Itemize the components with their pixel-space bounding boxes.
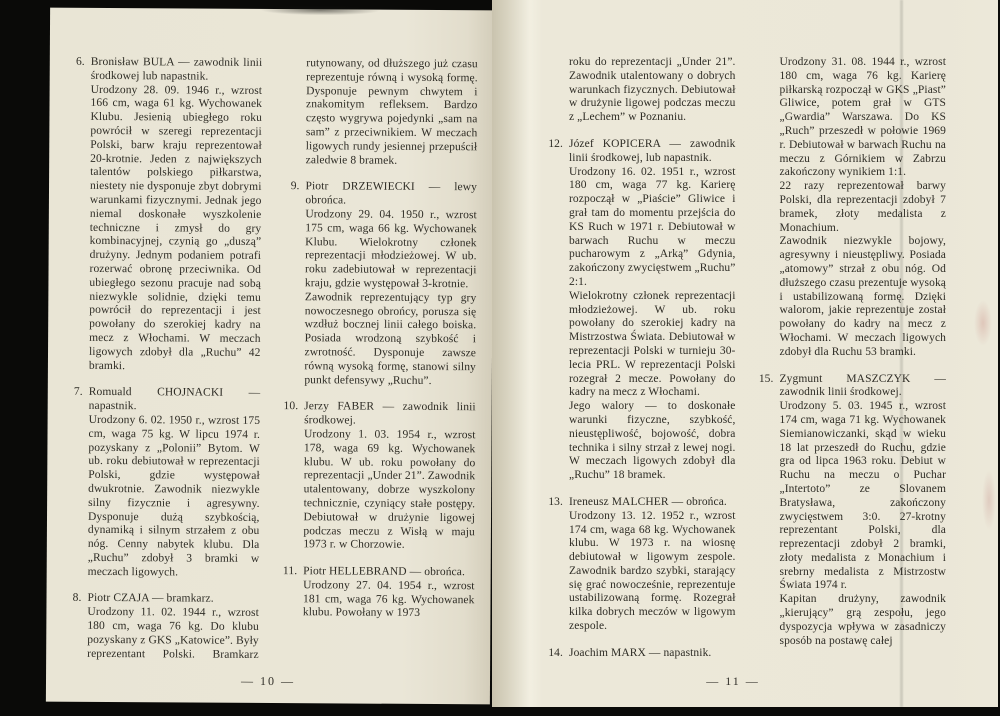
entry-paragraph: Piotr CZAJA — bramkarz.	[87, 592, 259, 607]
entry-paragraph: roku do reprezentacji „Under 21”. Zawodn…	[569, 56, 736, 125]
entry-text: Piotr HELLEBRAND — obrońca.Urodzony 27. …	[303, 565, 475, 621]
entry-continuation: roku do reprezentacji „Under 21”. Zawodn…	[542, 56, 736, 125]
entry-paragraph: Wielokrotny członek reprezentacji młodzi…	[569, 290, 736, 400]
entry-paragraph: Urodzony 29. 04. 1950 r., wzrost 175 cm,…	[305, 208, 477, 292]
entry-paragraph: Urodzony 13. 12. 1952 r., wzrost 174 cm,…	[569, 510, 736, 634]
entry-paragraph: Urodzony 6. 02. 1950 r., wzrost 175 cm, …	[88, 414, 261, 581]
entry-paragraph: Kapitan drużyny, zawodnik „kierujący” gr…	[780, 593, 947, 648]
left-page: 6.Bronisław BULA — zawodnik linii środko…	[46, 8, 494, 705]
entry-number: 11.	[276, 565, 303, 620]
entry-number: 13.	[542, 496, 569, 634]
entry-paragraph: Jego walory — to doskonałe warunki fizyc…	[569, 400, 736, 483]
entry-text: Jerzy FABER — zawodnik linii środkowej.U…	[303, 401, 475, 554]
entry-number	[542, 56, 569, 125]
entry-number: 9.	[277, 180, 305, 387]
entry-number: 6.	[62, 56, 91, 373]
entry-paragraph: Zawodnik niezwykle bojowy, agresywny i n…	[780, 235, 947, 359]
player-entry: 12.Józef KOPICERA — zawodnik linii środk…	[542, 138, 736, 483]
entry-paragraph: Bronisław BULA — zawodnik linii środkowe…	[91, 56, 263, 85]
entry-text: Zygmunt MASZCZYK — zawodnik linii środko…	[780, 373, 947, 649]
entry-paragraph: Urodzony 28. 09. 1946 r., wzrost 166 cm,…	[89, 83, 262, 374]
right-page-number: — 11 —	[480, 675, 986, 689]
entry-text: Piotr DRZEWIECKI — lewy obrońca.Urodzony…	[304, 181, 477, 389]
entry-text: Romuald CHOJNACKI — napastnik.Urodzony 6…	[88, 386, 261, 580]
entry-paragraph: Piotr DRZEWIECKI — lewy obrońca.	[305, 181, 477, 210]
player-entry: 7.Romuald CHOJNACKI — napastnik.Urodzony…	[61, 386, 261, 580]
entry-paragraph: Romuald CHOJNACKI — napastnik.	[89, 386, 261, 415]
entry-text: Józef KOPICERA — zawodnik linii środkowe…	[569, 138, 736, 483]
entry-number: 12.	[542, 138, 569, 483]
entry-text: Ireneusz MALCHER — obrońca.Urodzony 13. …	[569, 496, 736, 634]
scan-smudge	[982, 470, 996, 530]
entry-number: 15.	[753, 373, 780, 649]
entry-number: 7.	[61, 386, 89, 579]
player-entry: 10.Jerzy FABER — zawodnik linii środkowe…	[276, 400, 475, 553]
entry-paragraph: Ireneusz MALCHER — obrońca.	[569, 496, 736, 510]
entry-paragraph: Zawodnik reprezentujący typ gry nowoczes…	[304, 291, 476, 389]
entry-paragraph: Urodzony 1. 03. 1954 r., wzrost 178, wag…	[303, 428, 475, 553]
book-scan: 6.Bronisław BULA — zawodnik linii środko…	[0, 0, 1000, 716]
player-entry: 6.Bronisław BULA — zawodnik linii środko…	[62, 56, 262, 375]
entry-text: Bronisław BULA — zawodnik linii środkowe…	[89, 56, 262, 374]
scan-shadow	[260, 5, 380, 16]
player-entry: 11.Piotr HELLEBRAND — obrońca.Urodzony 2…	[276, 565, 475, 621]
player-entry: 15.Zygmunt MASZCZYK — zawodnik linii śro…	[753, 373, 947, 649]
right-page-text: roku do reprezentacji „Under 21”. Zawodn…	[542, 56, 946, 668]
entry-paragraph: Piotr HELLEBRAND — obrońca.	[303, 565, 475, 580]
right-page: roku do reprezentacji „Under 21”. Zawodn…	[492, 0, 998, 707]
entry-paragraph: Jerzy FABER — zawodnik linii środkowej.	[304, 401, 476, 430]
entry-paragraph: Józef KOPICERA — zawodnik linii środkowe…	[569, 138, 736, 166]
entry-paragraph: Urodzony 27. 04. 1954 r., wzrost 181 cm,…	[303, 579, 475, 621]
entry-paragraph: Urodzony 16. 02. 1951 r., wzrost 180 cm,…	[569, 166, 736, 290]
entry-paragraph: 22 razy reprezentował barwy Polski, dla …	[780, 180, 947, 235]
entry-paragraph: Joachim MARX — napastnik.	[569, 647, 736, 661]
entry-paragraph: Urodzony 31. 08. 1944 r., wzrost 180 cm,…	[780, 56, 947, 180]
entry-text: roku do reprezentacji „Under 21”. Zawodn…	[569, 56, 736, 125]
player-entry: 9.Piotr DRZEWIECKI — lewy obrońca.Urodzo…	[277, 180, 477, 388]
entry-paragraph: Zygmunt MASZCZYK — zawodnik linii środko…	[780, 373, 947, 401]
page-crease	[900, 0, 903, 707]
left-page-text: 6.Bronisław BULA — zawodnik linii środko…	[60, 56, 478, 671]
entry-number: 10.	[276, 400, 304, 552]
scan-smudge	[974, 300, 992, 346]
entry-paragraph: Urodzony 5. 03. 1945 r., wzrost 174 cm, …	[780, 400, 947, 593]
player-entry: 13.Ireneusz MALCHER — obrońca.Urodzony 1…	[542, 496, 736, 634]
left-page-number: — 10 —	[46, 674, 490, 691]
